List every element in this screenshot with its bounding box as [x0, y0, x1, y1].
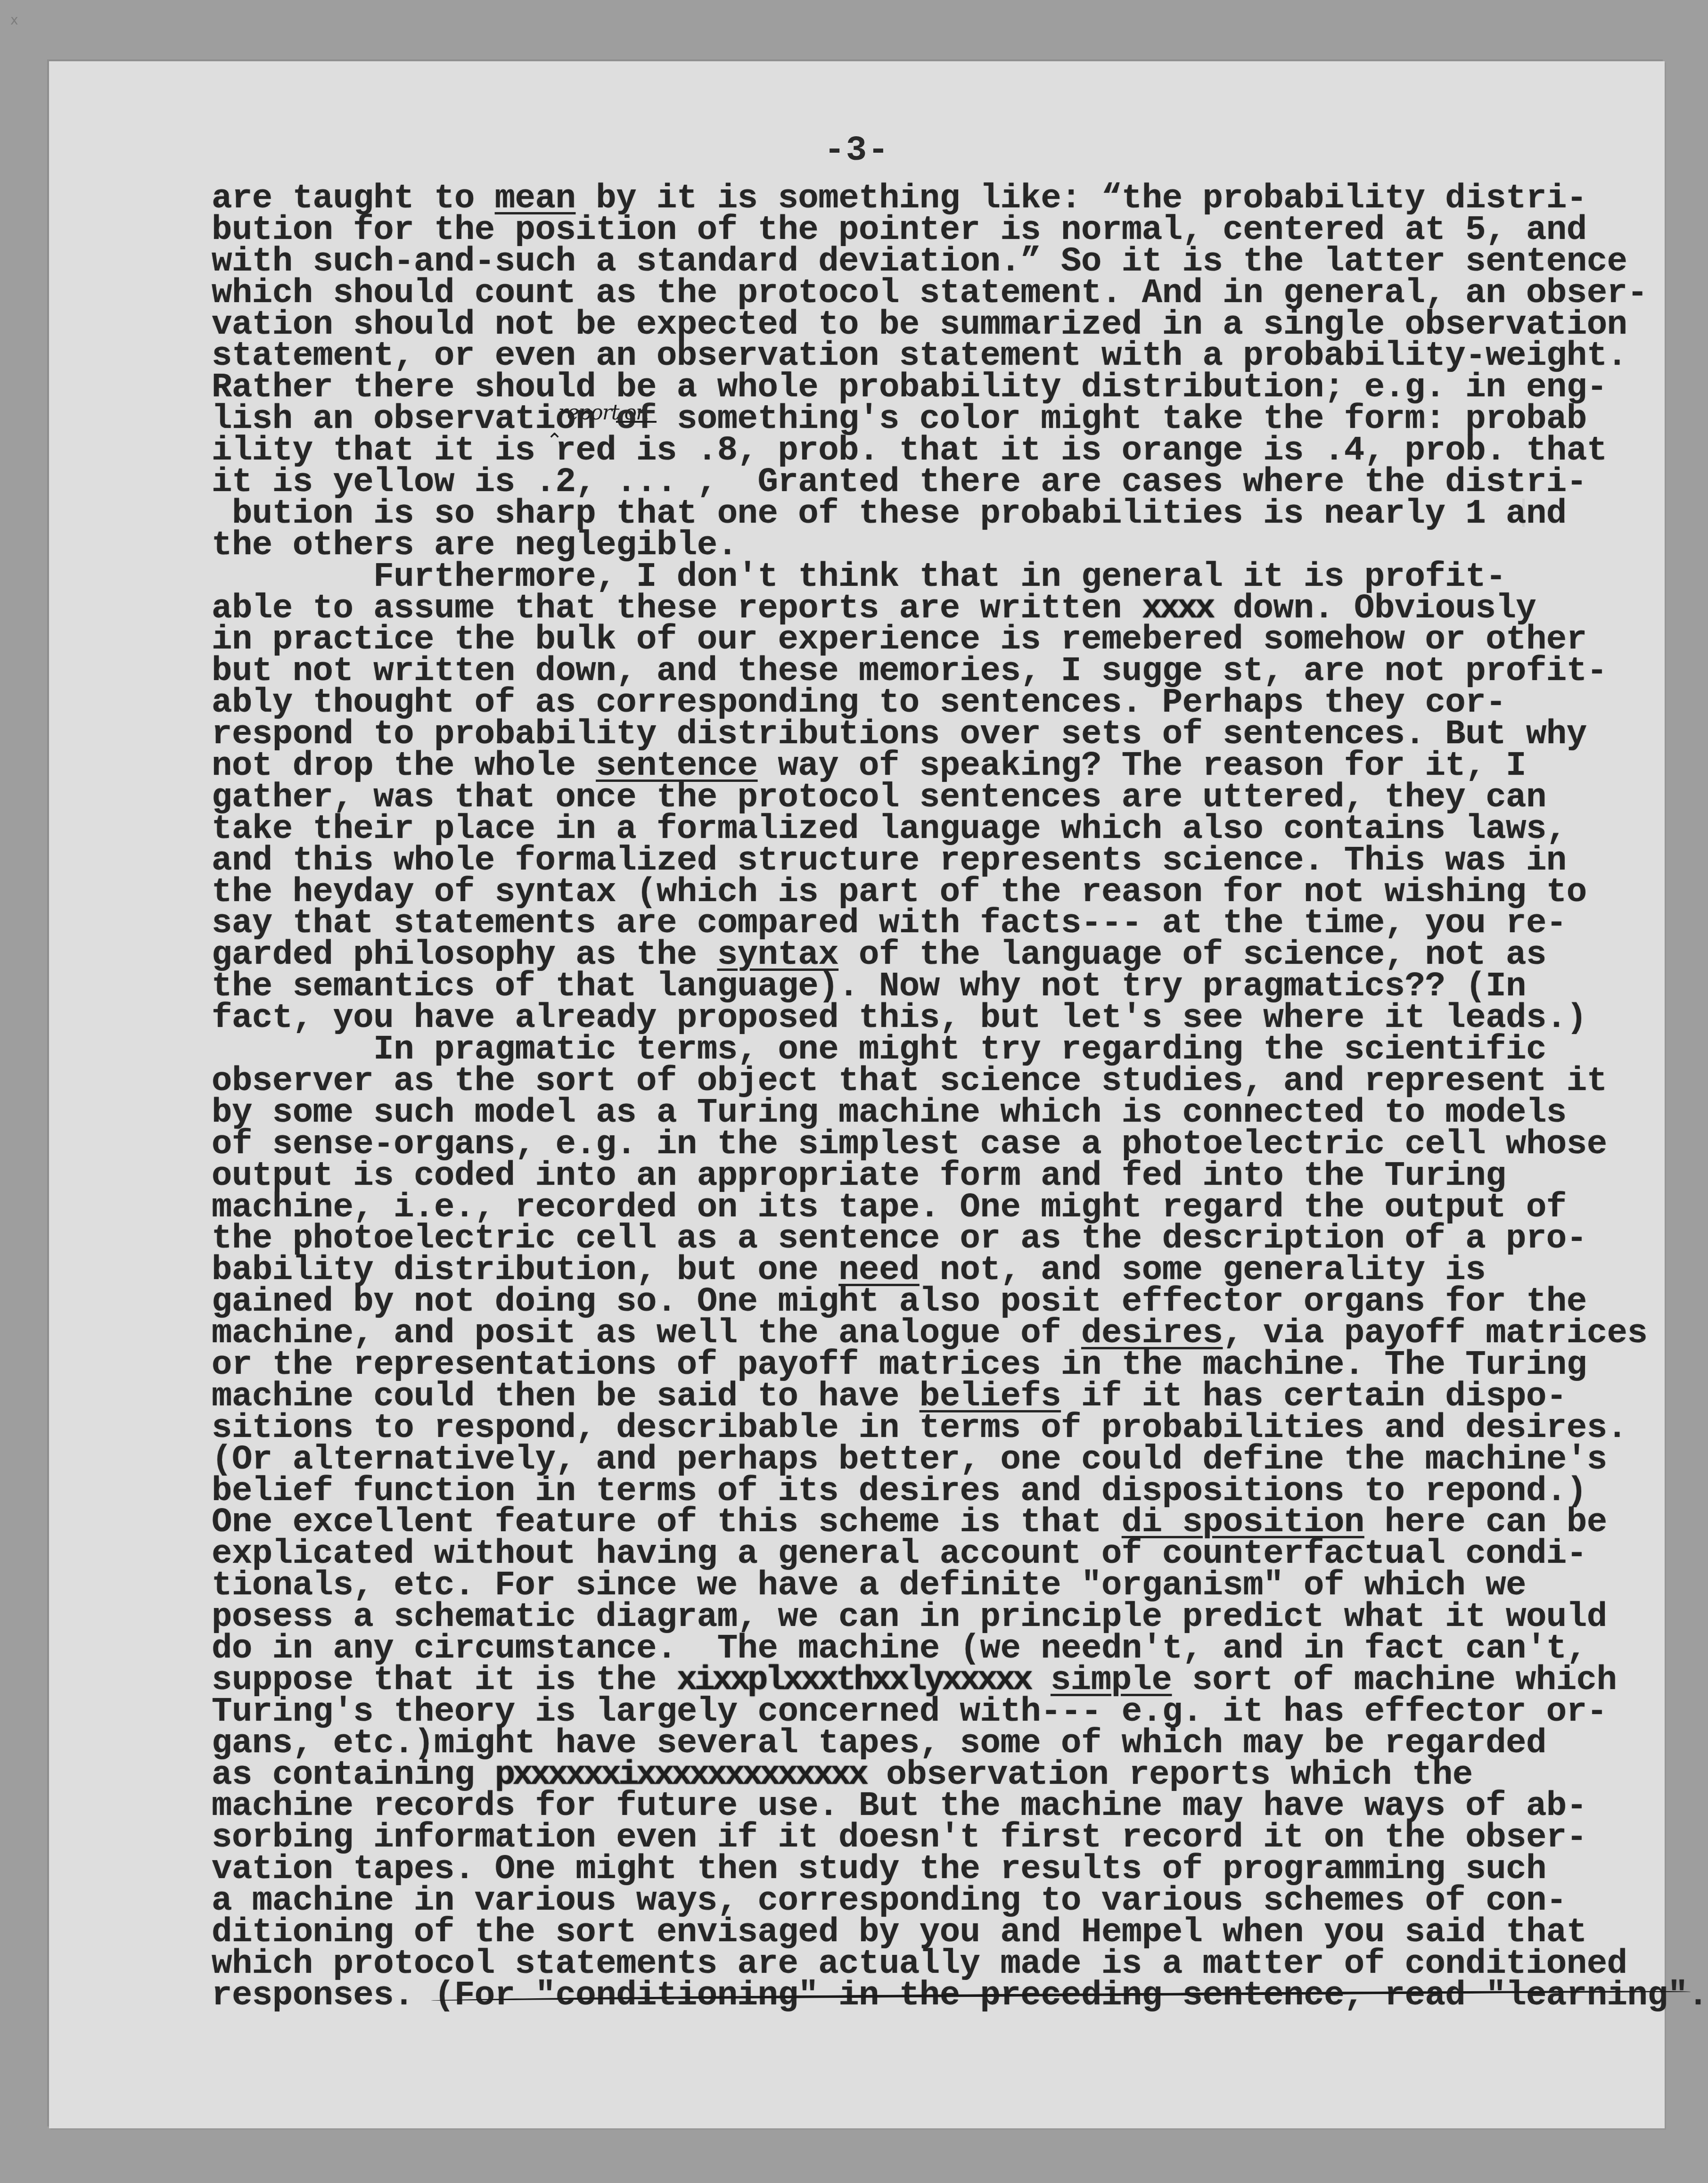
text-line: garded philosophy as the syntax of the l… — [212, 939, 1663, 971]
text-line: by some such model as a Turing machine w… — [212, 1097, 1663, 1129]
text-line: machine, i.e., recorded on its tape. One… — [212, 1192, 1663, 1223]
text-line: lish an observation of something's color… — [212, 403, 1663, 435]
text-line: explicated without having a general acco… — [212, 1538, 1663, 1570]
text-segment: responses. — [212, 1976, 434, 2015]
text-line: a machine in various ways, corresponding… — [212, 1885, 1663, 1917]
text-line: machine could then be said to have belie… — [212, 1381, 1663, 1412]
text-line: gans, etc.)might have several tapes, som… — [212, 1728, 1663, 1759]
text-line: Furthermore, I don't think that in gener… — [212, 561, 1663, 593]
text-line: Rather there should be a whole probabili… — [212, 372, 1663, 403]
text-line: sitions to respond, describable in terms… — [212, 1412, 1663, 1444]
text-line: ditioning of the sort envisaged by you a… — [212, 1917, 1663, 1948]
text-line: or the representations of payoff matrice… — [212, 1349, 1663, 1381]
text-line: bution is so sharp that one of these pro… — [212, 498, 1663, 530]
text-line: the photoelectric cell as a sentence or … — [212, 1223, 1663, 1255]
text-line: say that statements are compared with fa… — [212, 908, 1663, 939]
text-line: the heyday of syntax (which is part of t… — [212, 877, 1663, 908]
text-line: and this whole formalized structure repr… — [212, 845, 1663, 877]
text-line: with such-and-such a standard deviation.… — [212, 246, 1663, 278]
text-line: do in any circumstance. The machine (we … — [212, 1633, 1663, 1665]
text-line: it is yellow is .2, ... , Granted there … — [212, 467, 1663, 498]
text-line: fact, you have already proposed this, bu… — [212, 1002, 1663, 1034]
text-line: able to assume that these reports are wr… — [212, 593, 1663, 624]
text-line: ably thought of as corresponding to sent… — [212, 687, 1663, 719]
text-line: ility that it is red is .8, prob. that i… — [212, 435, 1663, 467]
text-line: vation tapes. One might then study the r… — [212, 1854, 1663, 1885]
text-line: which protocol statements are actually m… — [212, 1948, 1663, 1980]
text-line: (Or alternatively, and perhaps better, o… — [212, 1444, 1663, 1476]
text-line: are taught to mean by it is something li… — [212, 183, 1663, 214]
text-line: observer as the sort of object that scie… — [212, 1066, 1663, 1097]
text-line: gained by not doing so. One might also p… — [212, 1286, 1663, 1318]
text-segment: . — [1688, 1976, 1708, 2015]
text-line: in practice the bulk of our experience i… — [212, 624, 1663, 656]
text-line: bution for the position of the pointer i… — [212, 214, 1663, 246]
text-line: sorbing information even if it doesn't f… — [212, 1822, 1663, 1854]
letter-body: are taught to mean by it is something li… — [212, 183, 1663, 2011]
text-line: machine, and posit as well the analogue … — [212, 1318, 1663, 1349]
text-line: suppose that it is the xixxplxxxthxxlyxx… — [212, 1665, 1663, 1696]
document-page: -3- report on ⌃ are taught to mean by it… — [49, 61, 1665, 2128]
text-line: not drop the whole sentence way of speak… — [212, 750, 1663, 782]
text-line: belief function in terms of its desires … — [212, 1476, 1663, 1507]
text-line: One excellent feature of this scheme is … — [212, 1507, 1663, 1538]
text-line: statement, or even an observation statem… — [212, 340, 1663, 372]
text-line: tionals, etc. For since we have a defini… — [212, 1570, 1663, 1601]
text-line: In pragmatic terms, one might try regard… — [212, 1034, 1663, 1066]
text-line: responses. (For "conditioning" in the pr… — [212, 1980, 1663, 2011]
text-line: bability distribution, but one need not,… — [212, 1255, 1663, 1286]
text-line: the others are neglegible. — [212, 530, 1663, 561]
text-line: but not written down, and these memories… — [212, 656, 1663, 687]
text-line: respond to probability distributions ove… — [212, 719, 1663, 750]
struck-word: of — [616, 400, 657, 438]
text-line: gather, was that once the protocol sente… — [212, 782, 1663, 813]
text-line: Turing's theory is largely concerned wit… — [212, 1696, 1663, 1728]
text-line: the semantics of that language). Now why… — [212, 971, 1663, 1002]
text-line: of sense-organs, e.g. in the simplest ca… — [212, 1129, 1663, 1160]
text-line: posess a schematic diagram, we can in pr… — [212, 1601, 1663, 1633]
text-line: output is coded into an appropriate form… — [212, 1160, 1663, 1192]
text-line: as containing pxxxxxxixxxxxxxxxxxxx obse… — [212, 1759, 1663, 1791]
text-line: vation should not be expected to be summ… — [212, 309, 1663, 341]
page-number: -3- — [49, 131, 1665, 171]
scan-corner-mark: x — [10, 15, 17, 36]
text-line: which should count as the protocol state… — [212, 278, 1663, 309]
text-line: take their place in a formalized languag… — [212, 813, 1663, 845]
struck-sentence: (For "conditioning" in the preceding sen… — [434, 1976, 1688, 2015]
text-line: machine records for future use. But the … — [212, 1790, 1663, 1822]
